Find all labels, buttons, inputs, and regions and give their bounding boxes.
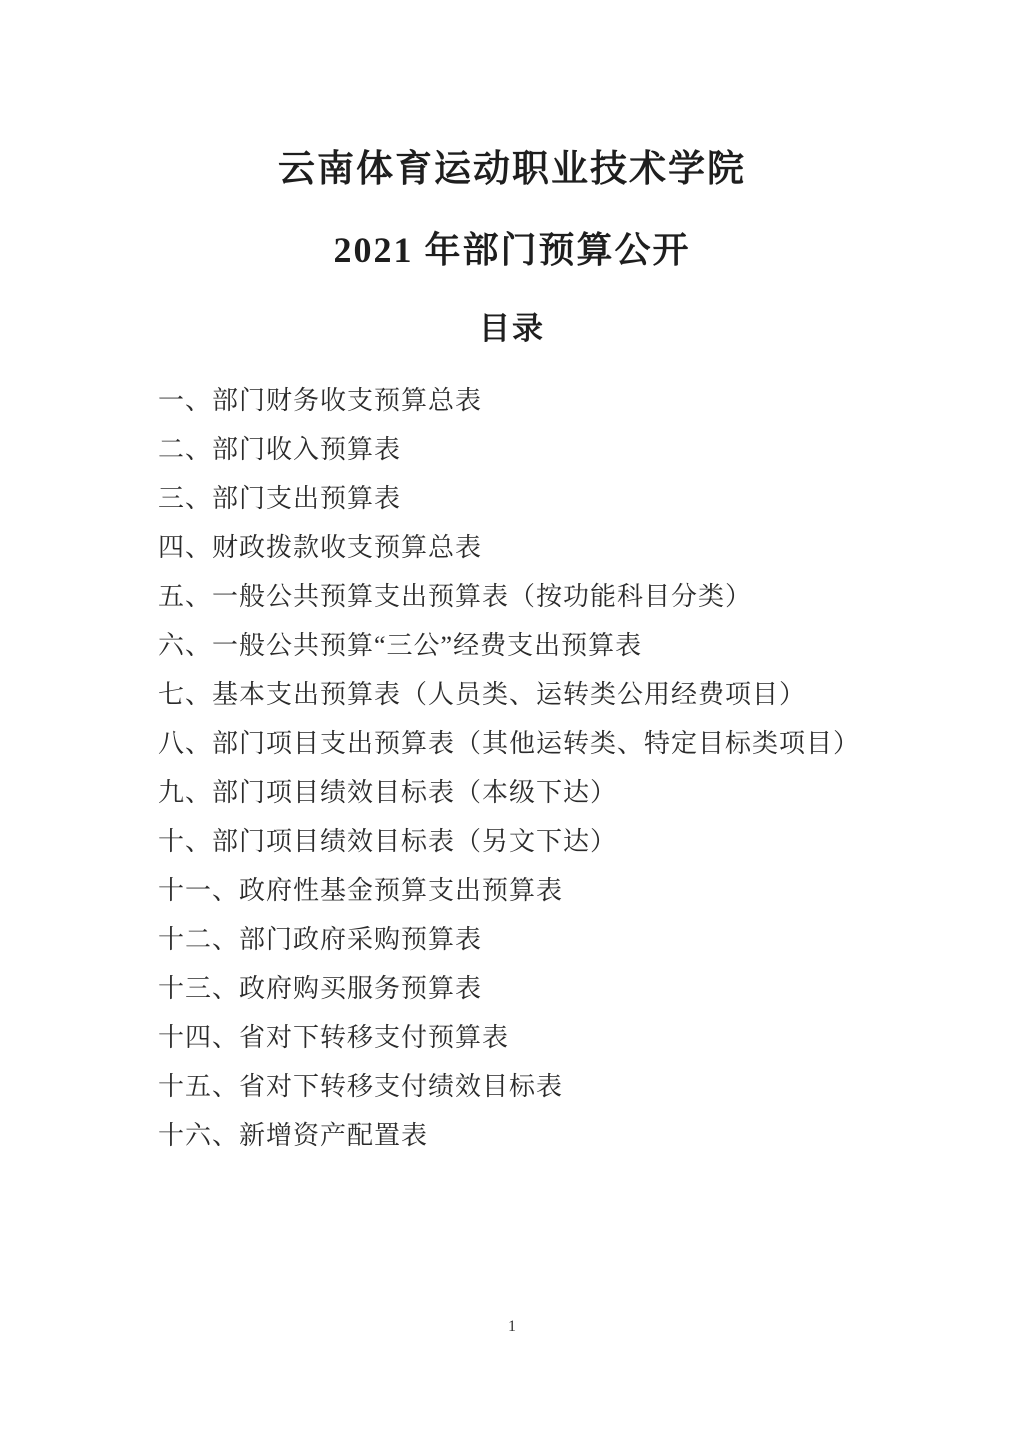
toc-item-5: 五、一般公共预算支出预算表（按功能科目分类） xyxy=(158,572,944,621)
toc-heading: 目录 xyxy=(0,312,1024,346)
page-number: 1 xyxy=(0,1318,1024,1336)
toc-item-14: 十四、省对下转移支付预算表 xyxy=(158,1013,944,1062)
toc-item-9: 九、部门项目绩效目标表（本级下达） xyxy=(158,768,944,817)
toc-item-15: 十五、省对下转移支付绩效目标表 xyxy=(158,1062,944,1111)
toc-item-1: 一、部门财务收支预算总表 xyxy=(158,376,944,425)
toc-item-7: 七、基本支出预算表（人员类、运转类公用经费项目） xyxy=(158,670,944,719)
document-page: 云南体育运动职业技术学院 2021 年部门预算公开 目录 一、部门财务收支预算总… xyxy=(0,0,1024,1448)
toc-item-6: 六、一般公共预算“三公”经费支出预算表 xyxy=(158,621,944,670)
toc-item-10: 十、部门项目绩效目标表（另文下达） xyxy=(158,817,944,866)
toc-item-8: 八、部门项目支出预算表（其他运转类、特定目标类项目） xyxy=(158,719,944,768)
toc-item-4: 四、财政拨款收支预算总表 xyxy=(158,523,944,572)
toc-item-16: 十六、新增资产配置表 xyxy=(158,1111,944,1160)
toc-item-2: 二、部门收入预算表 xyxy=(158,425,944,474)
toc-item-3: 三、部门支出预算表 xyxy=(158,474,944,523)
document-title-line2: 2021 年部门预算公开 xyxy=(0,231,1024,271)
toc-list: 一、部门财务收支预算总表 二、部门收入预算表 三、部门支出预算表 四、财政拨款收… xyxy=(158,376,944,1160)
document-title-line1: 云南体育运动职业技术学院 xyxy=(0,0,1024,191)
toc-item-11: 十一、政府性基金预算支出预算表 xyxy=(158,866,944,915)
toc-item-13: 十三、政府购买服务预算表 xyxy=(158,964,944,1013)
toc-item-12: 十二、部门政府采购预算表 xyxy=(158,915,944,964)
